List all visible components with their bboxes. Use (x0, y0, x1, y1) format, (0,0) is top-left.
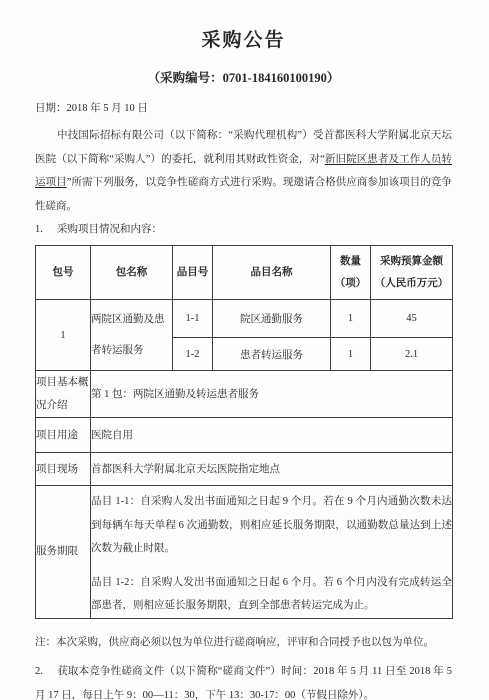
table-row-project-overview: 项目基本概 况介绍 第 1 包：两院区通勤及转运患者服务 (36, 371, 453, 418)
label-project-site: 项目现场 (36, 453, 91, 486)
procurement-items-table: 包号 包名称 品目号 品目名称 数量 （项） 采购预算金额 （人民币万元） 1 … (35, 245, 453, 619)
service-period-item-1-2: 品目 1-2：自采购人发出书面通知之日起 6 个月。若 6 个月内没有完成转运全… (91, 571, 452, 618)
section-2-paragraph: 2.获取本竞争性磋商文件（以下简称“磋商文件”）时间：2018 年 5 月 11… (35, 660, 452, 700)
cell-item-no: 1-1 (173, 300, 213, 338)
label-service-period: 服务期限 (36, 486, 91, 619)
cell-item-name: 患者转运服务 (213, 338, 331, 371)
table-row-item-1-1: 1 两院区通勤及患 者转运服务 1-1 院区通勤服务 1 45 (36, 300, 453, 338)
header-item-name: 品目名称 (213, 246, 331, 300)
table-header-row: 包号 包名称 品目号 品目名称 数量 （项） 采购预算金额 （人民币万元） (36, 246, 453, 300)
note-paragraph: 注：本次采购，供应商必须以包为单位进行磋商响应，评审和合同授予也以包为单位。 (35, 631, 452, 654)
value-project-overview: 第 1 包：两院区通勤及转运患者服务 (91, 371, 453, 418)
cell-budget: 45 (371, 300, 453, 338)
section-2-number: 2. (35, 660, 57, 684)
section-2-text: 获取本竞争性磋商文件（以下简称“磋商文件”）时间：2018 年 5 月 11 日… (35, 666, 452, 700)
document-page: 采购公告 （采购编号：0701-184160100190） 日期：2018 年 … (0, 0, 489, 700)
cell-budget: 2.1 (371, 338, 453, 371)
cell-quantity: 1 (331, 300, 371, 338)
section-1-number: 1. (35, 222, 57, 237)
header-item-no: 品目号 (173, 246, 213, 300)
date-line: 日期：2018 年 5 月 10 日 (35, 101, 452, 116)
cell-quantity: 1 (331, 338, 371, 371)
intro-paragraph: 中技国际招标有限公司（以下简称：“采购代理机构”）受首都医科大学附属北京天坛医院… (35, 124, 452, 218)
table-row-project-use: 项目用途 医院自用 (36, 418, 453, 453)
header-budget: 采购预算金额 （人民币万元） (371, 246, 453, 300)
header-package-name: 包名称 (91, 246, 173, 300)
cell-item-name: 院区通勤服务 (213, 300, 331, 338)
service-period-item-1-1: 品目 1-1：自采购人发出书面通知之日起 9 个月。若在 9 个月内通勤次数未达… (91, 490, 452, 561)
header-package-no: 包号 (36, 246, 91, 300)
cell-item-no: 1-2 (173, 338, 213, 371)
page-title: 采购公告 (35, 28, 452, 54)
label-project-use: 项目用途 (36, 418, 91, 453)
cell-package-no: 1 (36, 300, 91, 371)
procurement-number: （采购编号：0701-184160100190） (35, 70, 452, 87)
header-quantity: 数量 （项） (331, 246, 371, 300)
section-1-title: 采购项目情况和内容： (57, 224, 162, 235)
table-row-service-period: 服务期限 品目 1-1：自采购人发出书面通知之日起 9 个月。若在 9 个月内通… (36, 486, 453, 619)
value-project-use: 医院自用 (91, 418, 453, 453)
value-service-period: 品目 1-1：自采购人发出书面通知之日起 9 个月。若在 9 个月内通勤次数未达… (91, 486, 453, 619)
table-row-project-site: 项目现场 首都医科大学附属北京天坛医院指定地点 (36, 453, 453, 486)
value-project-site: 首都医科大学附属北京天坛医院指定地点 (91, 453, 453, 486)
label-project-overview: 项目基本概 况介绍 (36, 371, 91, 418)
cell-package-name: 两院区通勤及患 者转运服务 (91, 300, 173, 371)
section-1-heading: 1.采购项目情况和内容： (35, 222, 452, 237)
intro-text-after: ”所需下列服务，以竞争性磋商方式进行采购。现邀请合格供应商参加该项目的竞争性磋商… (35, 177, 452, 212)
